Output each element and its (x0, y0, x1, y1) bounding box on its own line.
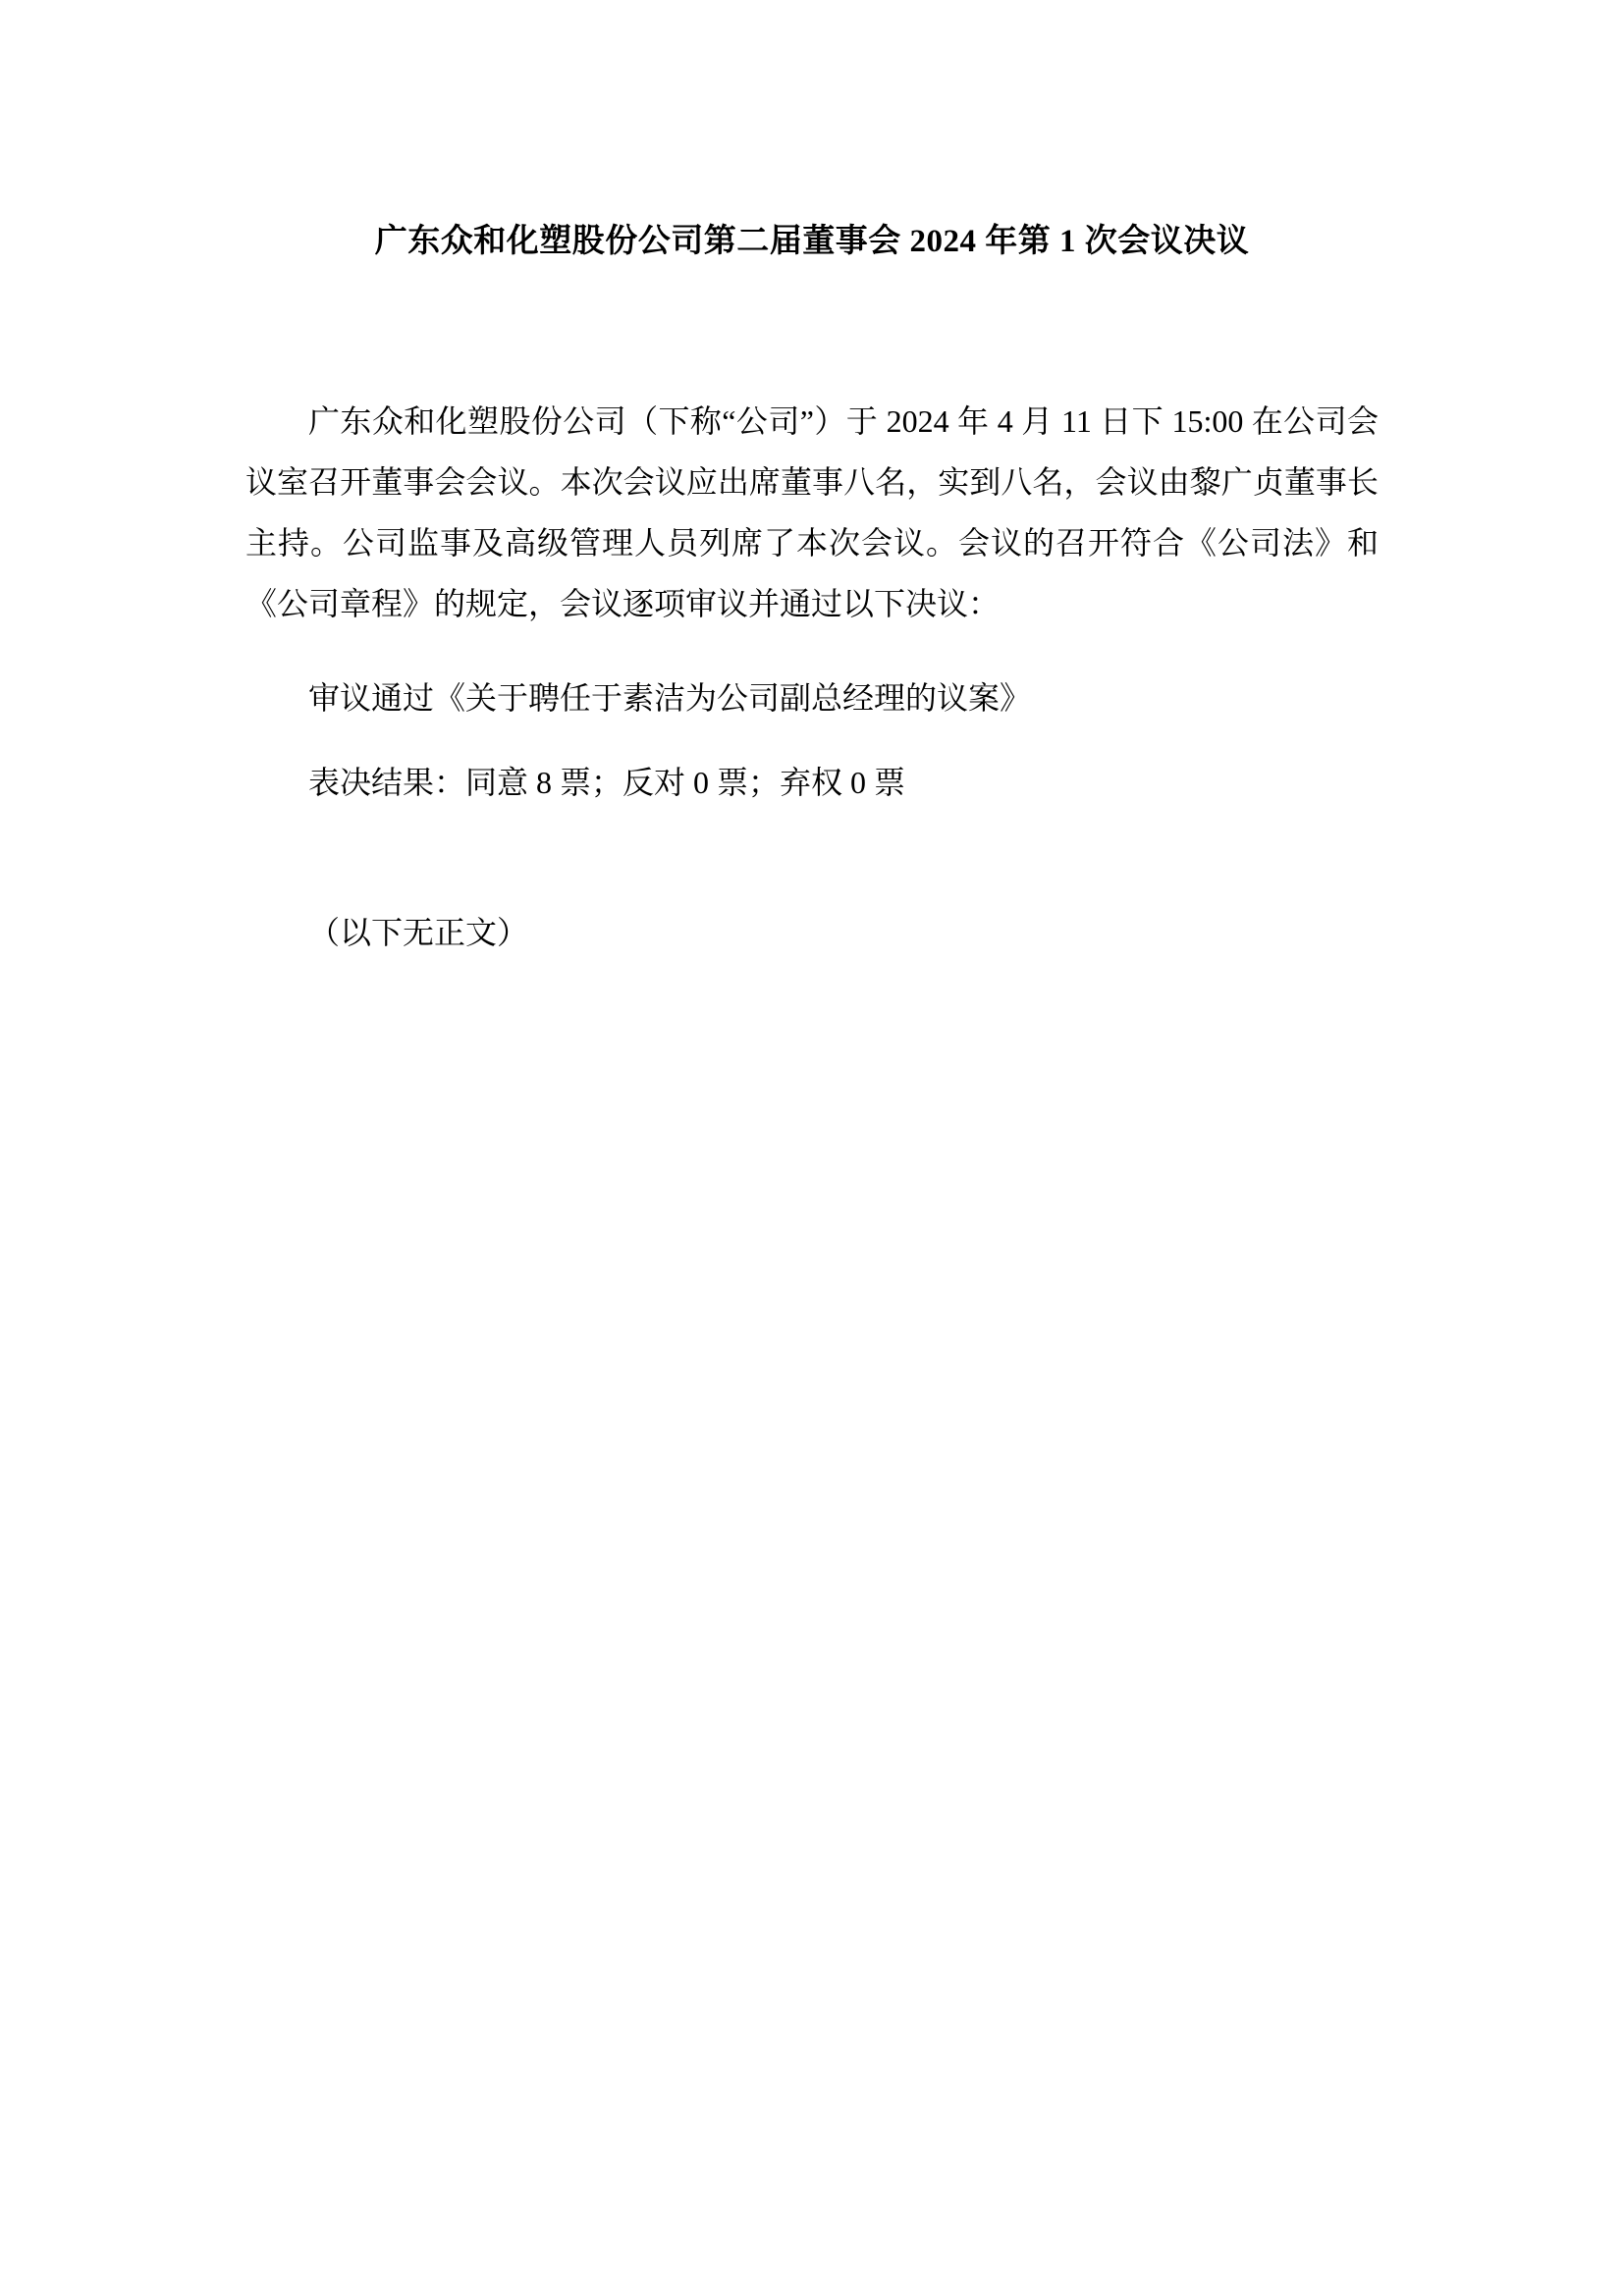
document-page: 广东众和化塑股份公司第二届董事会 2024 年第 1 次会议决议 广东众和化塑股… (0, 0, 1624, 2296)
vote-result-paragraph: 表决结果：同意 8 票；反对 0 票；弃权 0 票 (245, 752, 1379, 813)
end-note-paragraph: （以下无正文） (245, 902, 1379, 963)
intro-paragraph: 广东众和化塑股份公司（下称“公司”）于 2024 年 4 月 11 日下 15:… (245, 391, 1379, 634)
resolution-paragraph: 审议通过《关于聘任于素洁为公司副总经理的议案》 (245, 667, 1379, 728)
document-title: 广东众和化塑股份公司第二届董事会 2024 年第 1 次会议决议 (245, 220, 1379, 263)
